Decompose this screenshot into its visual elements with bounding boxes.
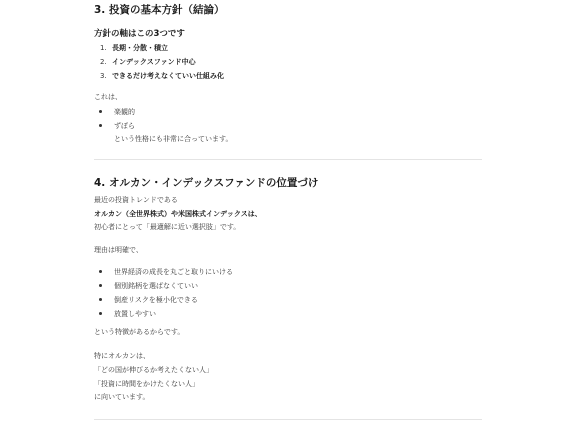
ordered-list-item: 2.インデックスファンド中心 — [100, 57, 196, 67]
paragraph-bold: オルカン（全世界株式）や米国株式インデックスは、 — [94, 209, 262, 219]
bullet-text: 個別銘柄を選ばなくていい — [114, 282, 198, 290]
bullet-icon — [99, 312, 102, 315]
ordered-list-item: 3.できるだけ考えなくていい仕組み化 — [100, 71, 224, 81]
paragraph: という特徴があるからです。 — [94, 327, 184, 337]
bullet-text: 倒産リスクを極小化できる — [114, 296, 198, 304]
paragraph: 特にオルカンは、 — [94, 351, 150, 361]
bullet-text: 世界経済の成長を丸ごと取りにいける — [114, 268, 233, 276]
bullet-text: 楽観的 — [114, 108, 135, 116]
ordered-list-item: 1.長期・分散・積立 — [100, 43, 168, 53]
list-number: 2. — [100, 57, 112, 67]
paragraph: という性格にも非常に合っています。 — [114, 134, 232, 144]
bullet-list-item: 世界経済の成長を丸ごと取りにいける — [94, 267, 233, 277]
bullet-list-item: 放置しやすい — [94, 309, 156, 319]
bullet-list-item: 倒産リスクを極小化できる — [94, 295, 198, 305]
section-3-heading: 3. 投資の基本方針（結論） — [94, 3, 224, 17]
bullet-text: ずぼら — [114, 122, 135, 130]
bullet-list-item: 楽観的 — [94, 107, 135, 117]
divider — [94, 419, 482, 420]
list-item-text: インデックスファンド中心 — [112, 58, 196, 66]
divider — [94, 159, 482, 160]
list-number: 1. — [100, 43, 112, 53]
paragraph: 「投資に時間をかけたくない人」 — [94, 379, 199, 389]
list-item-text: 長期・分散・積立 — [112, 44, 168, 52]
paragraph: 初心者にとって「最適解に近い選択肢」です。 — [94, 222, 240, 232]
paragraph: 理由は明確で、 — [94, 245, 143, 255]
paragraph: これは、 — [94, 92, 122, 102]
bullet-icon — [99, 284, 102, 287]
list-number: 3. — [100, 71, 112, 81]
paragraph: 最近の投資トレンドである — [94, 195, 178, 205]
paragraph: に向いています。 — [94, 392, 149, 402]
list-item-text: できるだけ考えなくていい仕組み化 — [112, 72, 224, 80]
section-4-heading: 4. オルカン・インデックスファンドの位置づけ — [94, 176, 318, 190]
section-3-subheading: 方針の軸はこの3つです — [94, 27, 185, 39]
bullet-list-item: ずぼら — [94, 121, 135, 131]
bullet-list-item: 個別銘柄を選ばなくていい — [94, 281, 198, 291]
bullet-icon — [99, 124, 102, 127]
bullet-text: 放置しやすい — [114, 310, 156, 318]
bullet-icon — [99, 110, 102, 113]
bullet-icon — [99, 270, 102, 273]
bullet-icon — [99, 298, 102, 301]
paragraph: 「どの国が伸びるか考えたくない人」 — [94, 365, 213, 375]
